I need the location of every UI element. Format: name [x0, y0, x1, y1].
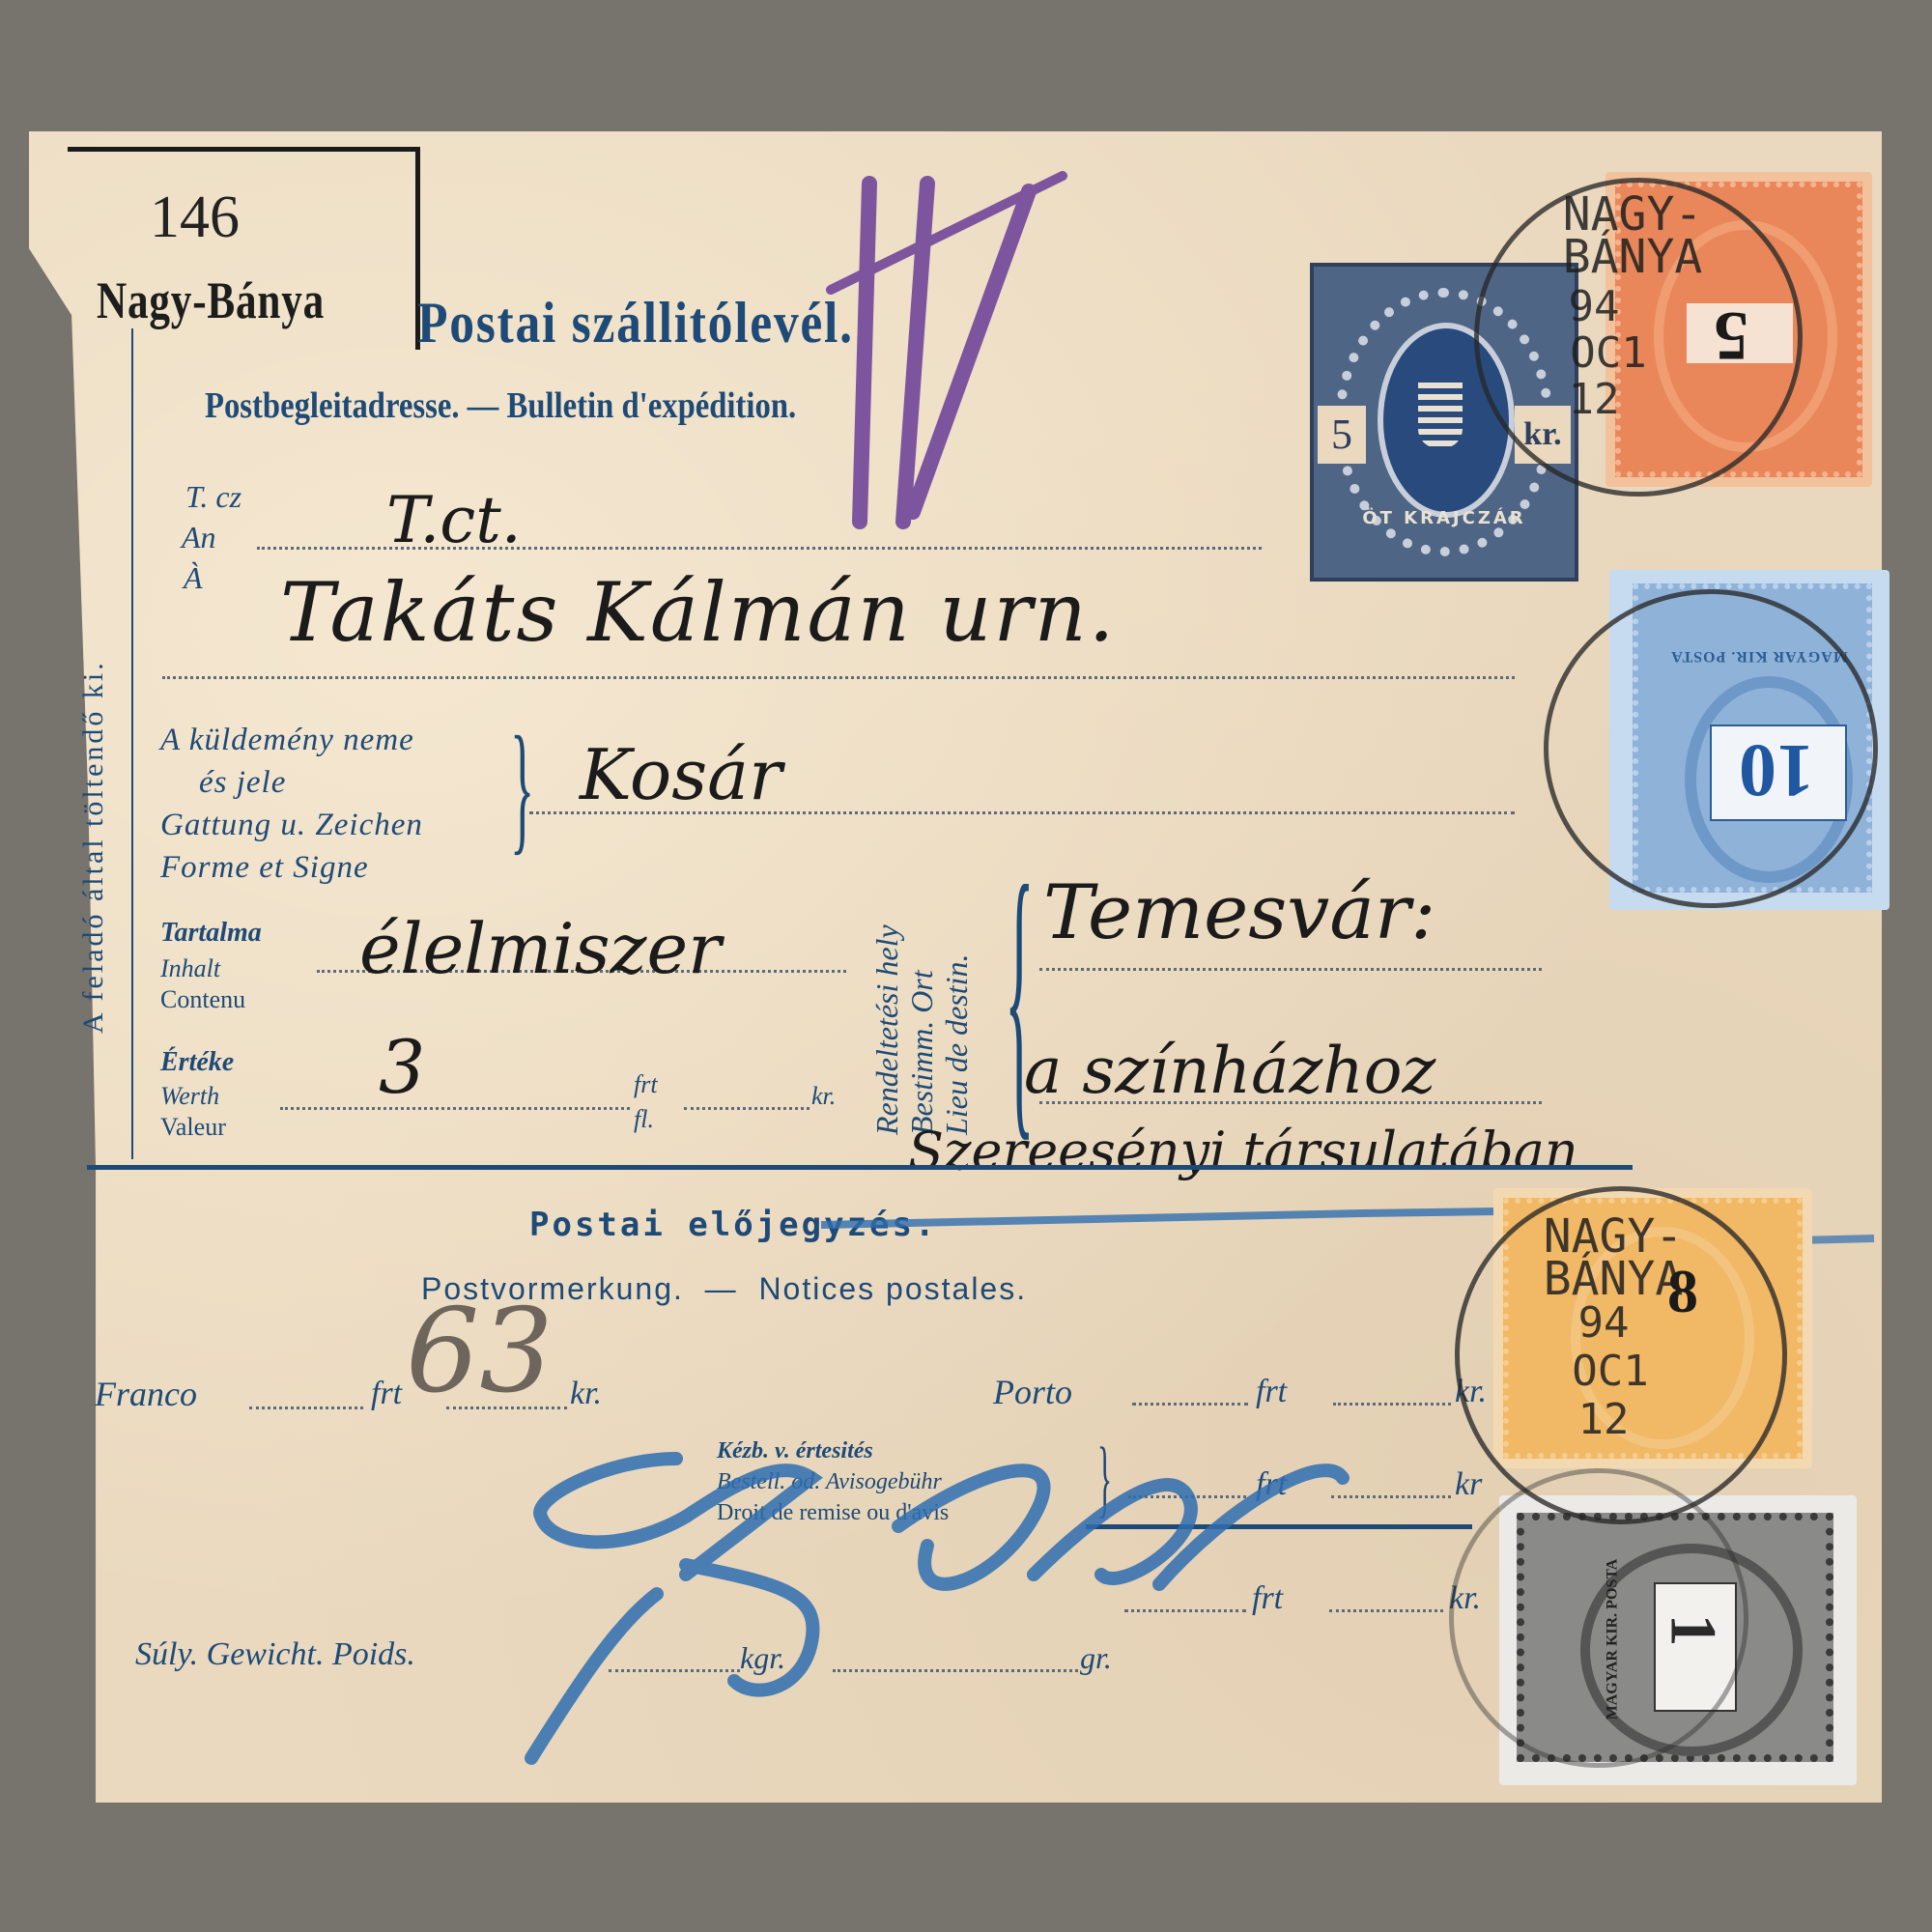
sender-note: A feladó által töltendő ki. [77, 660, 110, 1034]
left-rule [131, 328, 133, 1159]
value-unit-kr: kr. [811, 1082, 836, 1111]
prefix-fr: À [184, 560, 203, 596]
value-kr-line [684, 1107, 810, 1110]
franco-frt-line [249, 1406, 363, 1409]
value-label-fr: Valeur [160, 1113, 226, 1142]
postmark-day-lower: 12 [1565, 1399, 1642, 1441]
postmark-year: 94 [1555, 286, 1633, 328]
recipient-handwritten: Takáts Kálmán urn. [280, 565, 1116, 660]
franco-frt: frt [371, 1376, 402, 1412]
delivery-kr: kr [1455, 1466, 1482, 1503]
destination-handwritten-2: a színházhoz [1024, 1034, 1435, 1108]
label-number: 146 [150, 184, 240, 252]
destination-labels: Rendeltetési hely Bestimm. Ort Lieu de d… [869, 924, 974, 1135]
salutation-handwritten: T.ct. [386, 483, 522, 557]
destination-line-1 [1039, 968, 1542, 971]
kind-labels: A küldemény neme és jele Gattung u. Zeic… [160, 719, 423, 889]
value-handwritten: 3 [379, 1024, 425, 1110]
postmark-month: OC1 [1555, 332, 1662, 375]
prefix-de: An [182, 520, 216, 555]
weight-label: Súly. Gewicht. Poids. [135, 1636, 415, 1673]
contents-label-fr: Contenu [160, 985, 245, 1014]
postmark-middle [1544, 589, 1878, 908]
label-town: Nagy-Bánya [97, 270, 325, 330]
destination-handwritten-3: Szereesényi társulatában [908, 1121, 1578, 1181]
value-unit-fl: fl. [634, 1105, 654, 1134]
postmark-town-lower: NAGY-BÁNYA [1488, 1215, 1739, 1300]
contents-label-de: Inhalt [160, 954, 220, 983]
postmark-town: NAGY-BÁNYA [1507, 193, 1758, 278]
franco-kr: kr. [570, 1376, 602, 1412]
kind-handwritten: Kosár [580, 734, 782, 815]
porto-frt-line [1132, 1403, 1248, 1406]
contents-handwritten: élelmiszer [359, 908, 721, 989]
section-divider [87, 1165, 1633, 1170]
value-label-hu: Értéke [160, 1047, 234, 1078]
porto-kr-line [1333, 1403, 1451, 1406]
address-line-2 [162, 676, 1515, 679]
form-title: Postai szállitólevél. [417, 290, 854, 356]
postmark-bottom [1449, 1468, 1748, 1768]
value-label-de: Werth [160, 1082, 219, 1111]
destination-handwritten-1: Temesvár: [1043, 869, 1435, 956]
purple-crayon-mark-icon [821, 164, 1092, 531]
franco-label: Franco [95, 1374, 197, 1414]
kind-bracket: } [510, 715, 534, 860]
postmark-year-lower: 94 [1565, 1302, 1642, 1345]
value-frt-line [280, 1107, 630, 1110]
porto-frt: frt [1256, 1374, 1287, 1410]
postmark-day: 12 [1555, 379, 1633, 421]
prefix-hu: T. cz [185, 479, 241, 515]
form-subtitle: Postbegleitadresse. — Bulletin d'expédit… [205, 384, 796, 427]
stamp-value: 5 [1318, 406, 1366, 464]
franco-handwritten: 63 [406, 1285, 554, 1419]
contents-label-hu: Tartalma [160, 918, 262, 949]
postmark-month-lower: OC1 [1557, 1350, 1663, 1393]
blue-crayon-weight-scrawl-icon [493, 1439, 1439, 1787]
porto-label: Porto [993, 1372, 1072, 1412]
value-unit-frt: frt [634, 1070, 658, 1099]
stamp-text: ÖT KRAJCZÁR [1314, 508, 1575, 528]
